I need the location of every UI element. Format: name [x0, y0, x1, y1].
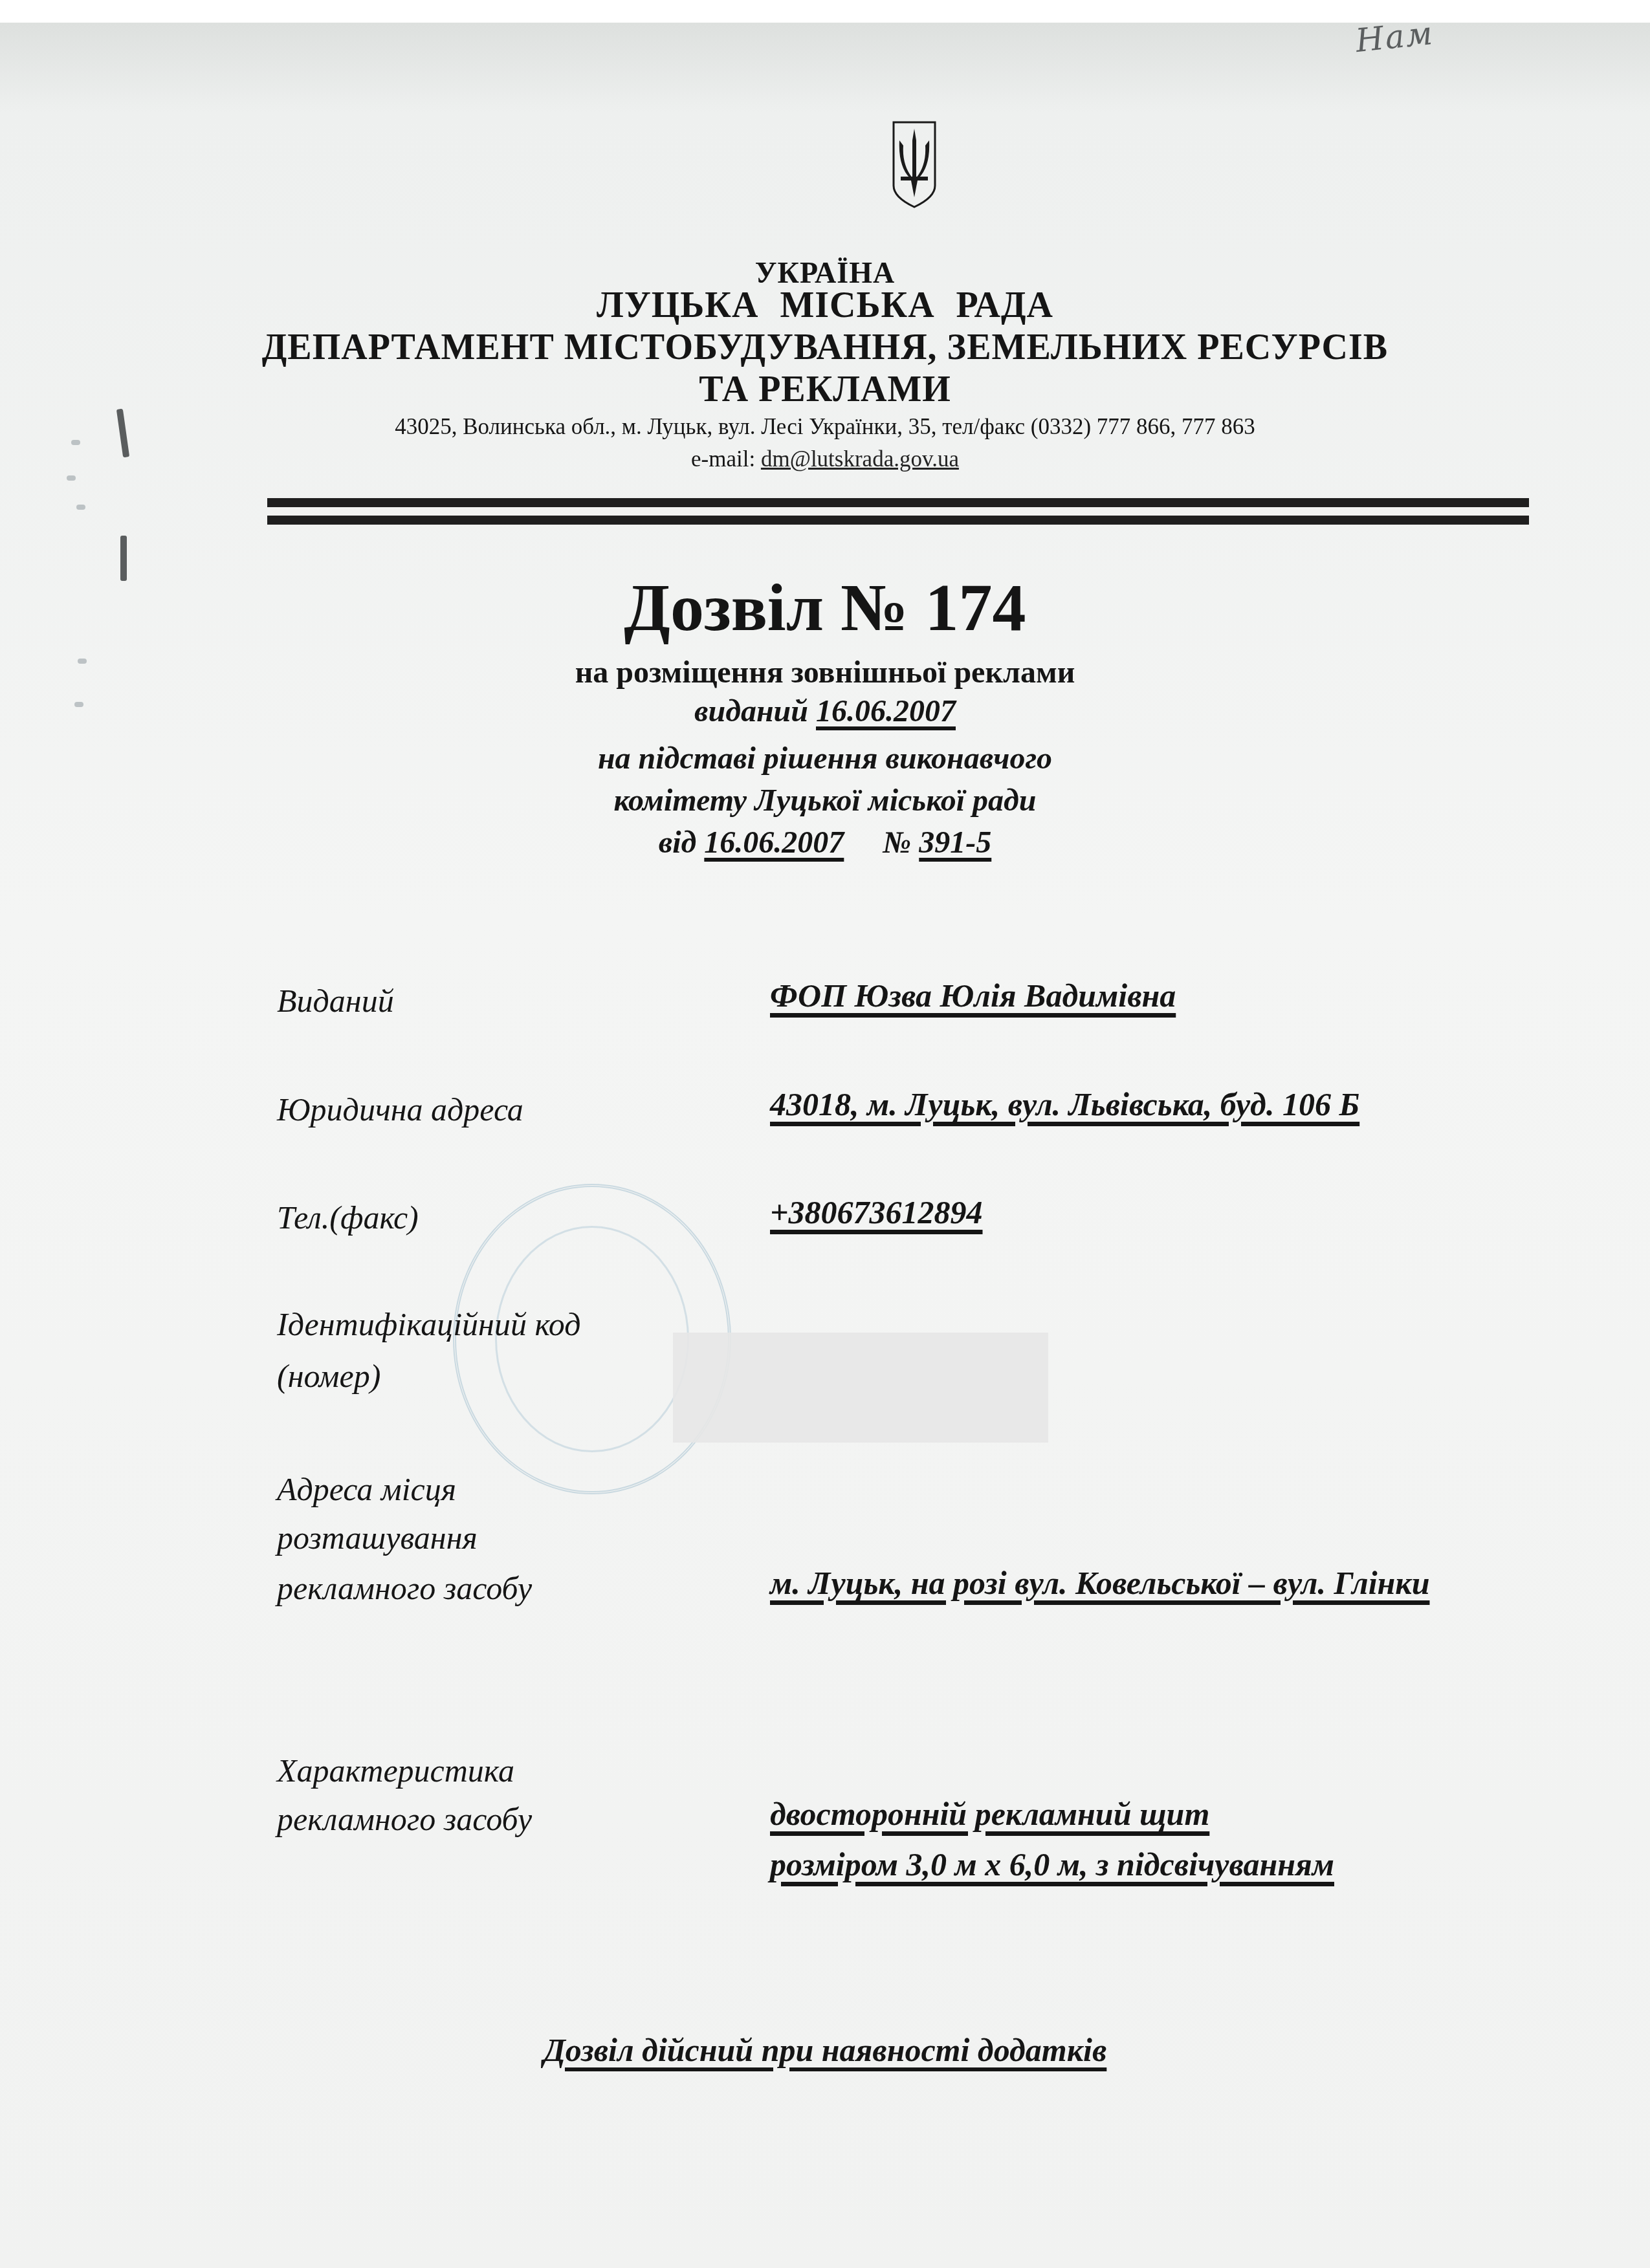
email-label: e-mail: — [691, 446, 761, 472]
field-label-phone: Тел.(факс) — [277, 1194, 419, 1242]
field-label-location: Адреса місця — [277, 1465, 456, 1514]
permit-purpose: на розміщення зовнішньої реклами — [0, 655, 1650, 690]
field-value-characteristics: двосторонній рекламний щит — [770, 1795, 1209, 1833]
field-value-legal-address: 43018, м. Луцьк, вул. Львівська, буд. 10… — [770, 1085, 1359, 1123]
redacted-id-code — [673, 1333, 1048, 1443]
validity-note: Дозвіл дійсний при наявності додатків — [0, 2031, 1650, 2069]
header-department: ДЕПАРТАМЕНТ МІСТОБУДУВАННЯ, ЗЕМЕЛЬНИХ РЕ… — [0, 327, 1650, 368]
tryzub-coat-of-arms-icon — [892, 121, 937, 208]
field-label-issued-to: Виданий — [277, 977, 394, 1025]
header-email-line: e-mail: dm@lutskrada.gov.ua — [0, 446, 1650, 472]
header-divider — [267, 498, 1529, 507]
permit-basis-line: на підставі рішення виконавчого — [0, 741, 1650, 776]
field-value-issued-to: ФОП Юзва Юлія Вадимівна — [770, 977, 1176, 1014]
decision-date: 16.06.2007 — [704, 825, 844, 860]
decision-line: від 16.06.2007№ 391-5 — [0, 825, 1650, 860]
field-value-characteristics: розміром 3,0 м х 6,0 м, з підсвічуванням — [770, 1846, 1334, 1883]
binding-hole-mark — [71, 440, 80, 445]
field-label-location: рекламного засобу — [277, 1564, 532, 1613]
email-link[interactable]: dm@lutskrada.gov.ua — [761, 446, 959, 472]
issued-label: виданий — [694, 694, 816, 728]
header-department-line2: ТА РЕКЛАМИ — [0, 369, 1650, 410]
header-address: 43025, Волинська обл., м. Луцьк, вул. Ле… — [0, 414, 1650, 440]
issued-date: 16.06.2007 — [816, 694, 956, 728]
field-label-id-code: Ідентифікаційний код — [277, 1300, 581, 1349]
field-value-phone: +380673612894 — [770, 1194, 983, 1231]
decision-from-label: від — [659, 825, 705, 860]
decision-number-label: № — [883, 825, 919, 860]
permit-issued-line: виданий 16.06.2007 — [0, 693, 1650, 729]
header-divider — [267, 516, 1529, 525]
field-label-characteristics: рекламного засобу — [277, 1795, 532, 1844]
field-label-id-code-sub: (номер) — [277, 1352, 380, 1401]
header-council: ЛУЦЬКА МІСЬКА РАДА — [0, 285, 1650, 326]
field-label-location: розташування — [277, 1514, 478, 1562]
decision-number: 391-5 — [919, 825, 991, 860]
field-label-legal-address: Юридична адреса — [277, 1085, 523, 1134]
field-value-location: м. Луцьк, на розі вул. Ковельської – вул… — [770, 1564, 1429, 1602]
permit-basis-line: комітету Луцької міської ради — [0, 783, 1650, 818]
binding-hole-mark — [67, 475, 76, 481]
binding-hole-mark — [76, 505, 85, 510]
field-label-characteristics: Характеристика — [277, 1747, 514, 1795]
permit-title: Дозвіл № 174 — [0, 569, 1650, 646]
